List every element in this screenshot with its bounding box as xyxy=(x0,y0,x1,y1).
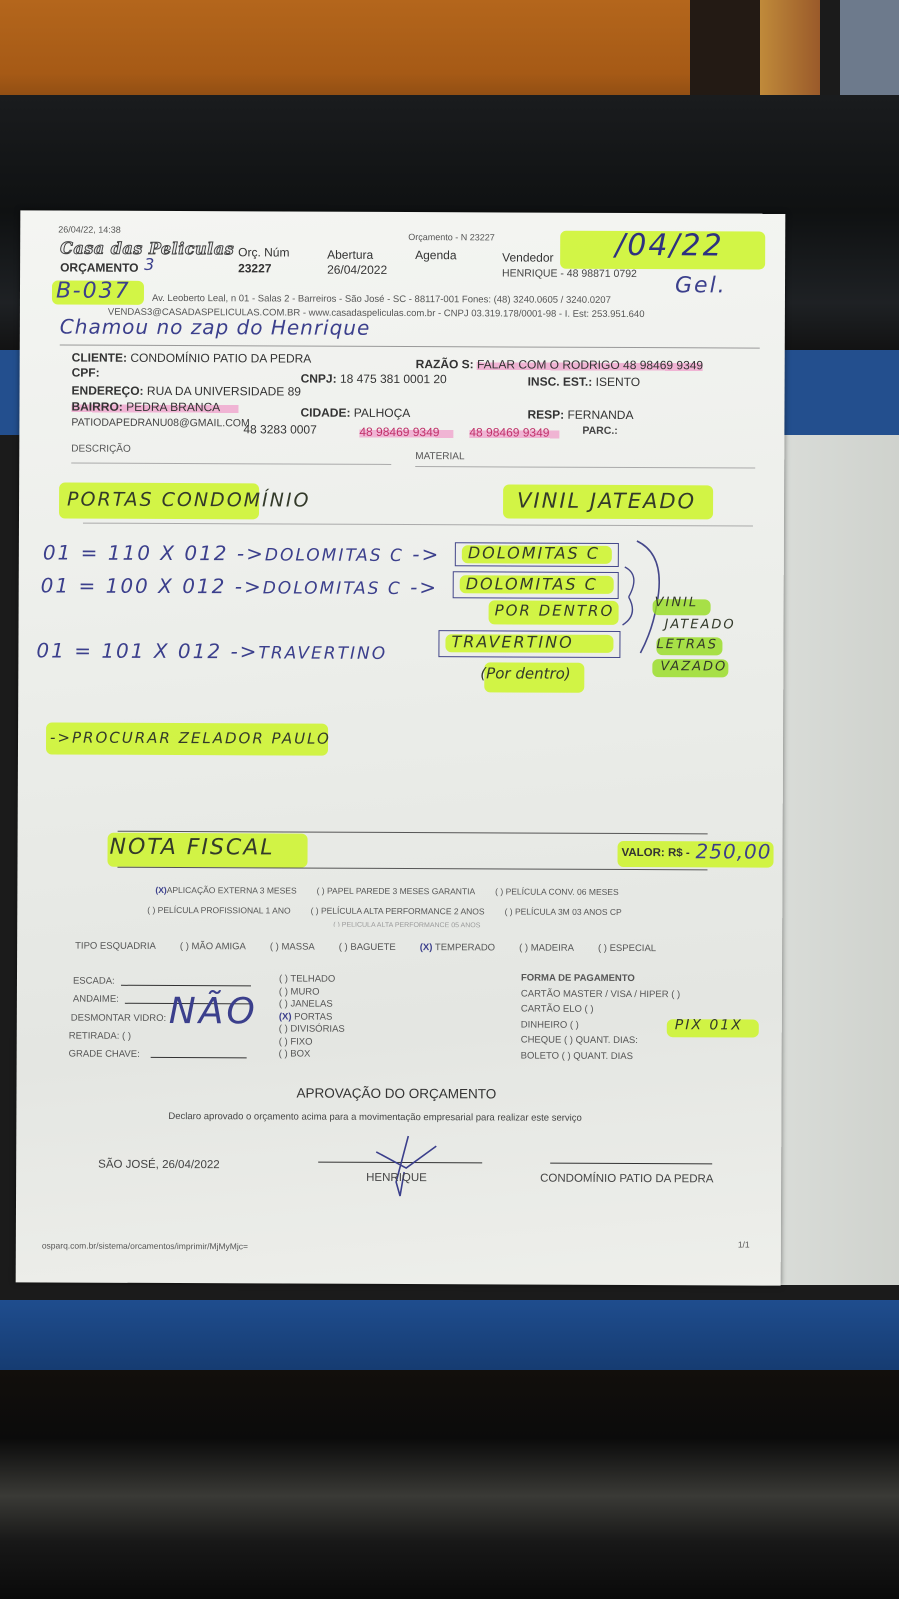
cidade-field: CIDADE: PALHOÇA xyxy=(300,406,410,420)
razao-field: RAZÃO S: FALAR COM O RODRIGO 48 98469 93… xyxy=(416,357,704,372)
esquadria-mao-amiga[interactable]: ( ) MÃO AMIGA xyxy=(180,941,246,952)
quote-reference: Orçamento - N 23227 xyxy=(408,232,495,242)
location-telhado[interactable]: ( ) TELHADO xyxy=(279,973,345,986)
descricao-rule xyxy=(71,463,391,465)
location-box[interactable]: ( ) BOX xyxy=(279,1048,345,1061)
retirada-label: RETIRADA: ( ) xyxy=(69,1031,131,1042)
payment-section: FORMA DE PAGAMENTO CARTÃO MASTER / VISA … xyxy=(521,971,681,1065)
vendedor-label: Vendedor xyxy=(502,250,553,264)
option-papel-parede[interactable]: ( ) PAPEL PAREDE 3 MESES GARANTIA xyxy=(317,886,476,897)
location-fixo[interactable]: ( ) FIXO xyxy=(279,1036,345,1049)
vendedor-value: HENRIQUE - 48 98871 0792 xyxy=(502,267,637,280)
orc-num-label: Orç. Núm xyxy=(238,245,289,259)
material-label: MATERIAL xyxy=(415,451,464,462)
approval-statement: Declaro aprovado o orçamento acima para … xyxy=(168,1111,581,1124)
orc-num-value: 23227 xyxy=(238,261,271,275)
payment-cheque[interactable]: CHEQUE ( ) QUANT. DIAS: xyxy=(521,1033,680,1049)
esquadria-massa[interactable]: ( ) MASSA xyxy=(270,941,315,952)
escada-line[interactable] xyxy=(121,985,251,987)
por-dentro-paren-note: (Por dentro) xyxy=(480,664,570,682)
abertura-label: Abertura xyxy=(327,248,373,262)
esquadria-madeira[interactable]: ( ) MADEIRA xyxy=(519,943,574,954)
background-light-surface xyxy=(780,435,899,1285)
descricao-title: PORTAS CONDOMÍNIO xyxy=(67,489,310,512)
handwritten-date: /04/22 xyxy=(615,228,724,263)
option-aplicacao-externa[interactable]: (X)APLICAÇÃO EXTERNA 3 MESES xyxy=(155,885,296,896)
handwritten-initials: Gel. xyxy=(675,273,727,298)
procurar-note: ->PROCURAR ZELADOR PAULO xyxy=(50,728,331,747)
por-dentro-note: POR DENTRO xyxy=(495,601,615,620)
option-pelicula-alta-performance[interactable]: ( ) PELÍCULA ALTA PERFORMANCE 2 ANOS xyxy=(311,906,485,917)
footer-page: 1/1 xyxy=(738,1239,750,1249)
company-signer: HENRIQUE xyxy=(366,1172,427,1184)
option-pelicula-conv[interactable]: ( ) PELÍCULA CONV. 06 MESES xyxy=(495,886,619,897)
material-title: VINIL JATEADO xyxy=(517,489,696,514)
client-signer: CONDOMÍNIO PATIO DA PEDRA xyxy=(540,1173,713,1186)
doc-type: ORÇAMENTO xyxy=(60,261,139,275)
options-row-2: ( ) PELÍCULA PROFISSIONAL 1 ANO ( ) PELÍ… xyxy=(147,905,622,917)
option-pelicula-profissional[interactable]: ( ) PELÍCULA PROFISSIONAL 1 ANO xyxy=(147,905,290,916)
handwritten-note: Chamou no zap do Henrique xyxy=(60,315,371,340)
location-janelas[interactable]: ( ) JANELAS xyxy=(279,998,345,1011)
approval-title: APROVAÇÃO DO ORÇAMENTO xyxy=(296,1086,496,1102)
body-rule xyxy=(83,523,753,527)
print-timestamp: 26/04/22, 14:38 xyxy=(58,225,121,235)
andaime-label: ANDAIME: xyxy=(73,994,119,1005)
esquadria-temperado[interactable]: (X) TEMPERADO xyxy=(420,942,495,953)
item-row-3: 01 = 101 X 012 ->TRAVERTINO xyxy=(36,638,387,664)
nota-fiscal-note: NOTA FISCAL xyxy=(110,835,275,861)
client-signature-line[interactable] xyxy=(550,1163,712,1165)
resp-field: RESP: FERNANDA xyxy=(527,408,633,422)
locations-list: ( ) TELHADO ( ) MURO ( ) JANELAS (X) POR… xyxy=(279,973,345,1061)
options-row-3-partial: ( ) PELÍCULA ALTA PERFORMANCE 05 ANOS xyxy=(333,922,480,928)
valor-label: VALOR: R$ - xyxy=(622,847,690,859)
insc-field: INSC. EST.: ISENTO xyxy=(528,375,641,389)
background-dark-rail-bottom xyxy=(0,1370,899,1599)
payment-cartao-master[interactable]: CARTÃO MASTER / VISA / HIPER ( ) xyxy=(521,986,680,1002)
header-divider xyxy=(60,345,760,349)
cliente-field: CLIENTE: CONDOMÍNIO PATIO DA PEDRA xyxy=(72,351,312,366)
payment-dinheiro[interactable]: DINHEIRO ( ) xyxy=(521,1017,680,1033)
background-post xyxy=(690,0,760,110)
payment-boleto[interactable]: BOLETO ( ) QUANT. DIAS xyxy=(521,1048,680,1064)
options-row-1: (X)APLICAÇÃO EXTERNA 3 MESES ( ) PAPEL P… xyxy=(155,885,618,897)
item-row-1: 01 = 110 X 012 ->DOLOMITAS C -> xyxy=(43,540,440,566)
esquadria-baguete[interactable]: ( ) BAGUETE xyxy=(339,942,396,953)
descricao-label: DESCRIÇÃO xyxy=(71,444,131,455)
client-phone-3: 48 98469 9349 xyxy=(469,425,559,439)
background-blue-table-bottom xyxy=(0,1300,899,1370)
handwritten-nao: NÃO xyxy=(169,991,258,1032)
approval-place-date: SÃO JOSÉ, 26/04/2022 xyxy=(98,1159,220,1172)
footer-url: osparq.com.br/sistema/orcamentos/imprimi… xyxy=(42,1240,248,1251)
valor-amount: 250,00 xyxy=(695,839,771,863)
payment-title: FORMA DE PAGAMENTO xyxy=(521,971,680,987)
quote-document: 26/04/22, 14:38 Orçamento - N 23227 /04/… xyxy=(16,210,786,1285)
parc-label: PARC.: xyxy=(582,425,617,437)
client-phone-2: 48 98469 9349 xyxy=(359,425,453,439)
grade-chave-label: GRADE CHAVE: xyxy=(69,1049,140,1060)
item-row-2: 01 = 100 X 012 ->DOLOMITAS C -> xyxy=(41,573,438,599)
bairro-field: BAIRRO: PEDRA BRANCA xyxy=(71,400,238,415)
grade-chave-line[interactable] xyxy=(151,1057,247,1058)
cpf-label: CPF: xyxy=(72,366,100,380)
client-email: PATIODAPEDRANU08@GMAIL.COM xyxy=(71,417,249,430)
material-rule xyxy=(415,466,755,468)
location-portas[interactable]: (X) PORTAS xyxy=(279,1011,345,1024)
material-box-2: DOLOMITAS C xyxy=(453,571,619,599)
handwritten-superscript: 3 xyxy=(144,255,156,274)
handwritten-code: B-037 xyxy=(56,278,131,303)
esquadria-label: TIPO ESQUADRIA xyxy=(75,941,156,952)
payment-cartao-elo[interactable]: CARTÃO ELO ( ) xyxy=(521,1002,680,1018)
location-muro[interactable]: ( ) MURO xyxy=(279,986,345,999)
handwritten-pix: PIX 01X xyxy=(675,1017,743,1033)
option-pelicula-3m[interactable]: ( ) PELÍCULA 3M 03 ANOS CP xyxy=(505,906,622,917)
agenda-label: Agenda xyxy=(415,248,456,262)
company-address: Av. Leoberto Leal, n 01 - Salas 2 - Barr… xyxy=(152,293,611,306)
esquadria-especial[interactable]: ( ) ESPECIAL xyxy=(598,943,656,954)
cnpj-field: CNPJ: 18 475 381 0001 20 xyxy=(301,372,447,387)
signature-icon xyxy=(366,1132,446,1202)
material-box-3: TRAVERTINO xyxy=(438,630,620,658)
abertura-value: 26/04/2022 xyxy=(327,263,387,277)
background-orange-surface xyxy=(0,0,690,105)
endereco-field: ENDEREÇO: RUA DA UNIVERSIDADE 89 xyxy=(72,384,301,399)
client-phone-1: 48 3283 0007 xyxy=(243,422,316,436)
material-box-1: DOLOMITAS C xyxy=(455,542,619,567)
escada-label: ESCADA: xyxy=(73,976,115,987)
desmontar-label: DESMONTAR VIDRO: xyxy=(71,1013,166,1024)
location-divisorias[interactable]: ( ) DIVISÓRIAS xyxy=(279,1023,345,1036)
valor-bottom-rule xyxy=(117,867,707,871)
esquadria-row: TIPO ESQUADRIA ( ) MÃO AMIGA ( ) MASSA (… xyxy=(75,941,656,955)
